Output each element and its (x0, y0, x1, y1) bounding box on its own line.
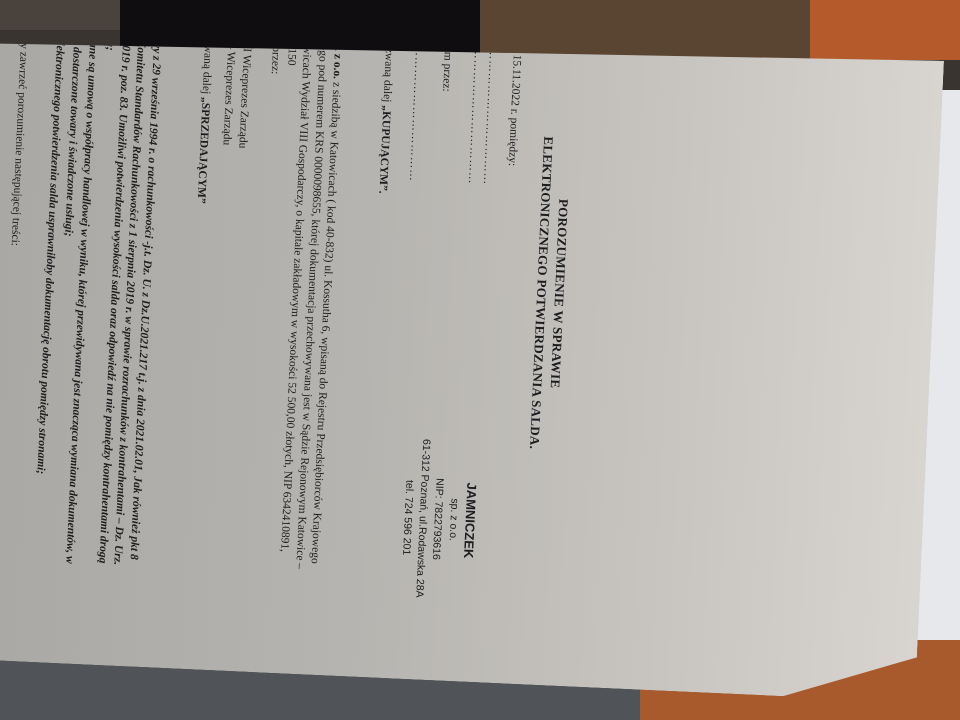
document-sheet: POROZUMIENIE W SPRAWIE ELEKTRONICZNEGO P… (0, 18, 944, 702)
document-page: POROZUMIENIE W SPRAWIE ELEKTRONICZNEGO P… (0, 0, 612, 605)
background-shelf (0, 0, 120, 30)
buyer-block: …………………………………… …………………………………… reprezento… (386, 0, 504, 600)
background-orange-object (810, 0, 960, 60)
buyer-company-stamp: JAMNICZEK sp. z o.o. NIP: 7822793616 61-… (396, 438, 483, 600)
background-wood (480, 0, 810, 60)
seller-label: „SPRZEDAJĄCYM” (194, 97, 211, 204)
document-title: POROZUMIENIE W SPRAWIE ELEKTRONICZNEGO P… (519, 0, 582, 604)
buyer-label: „KUPUJĄCYM”. (377, 105, 393, 194)
